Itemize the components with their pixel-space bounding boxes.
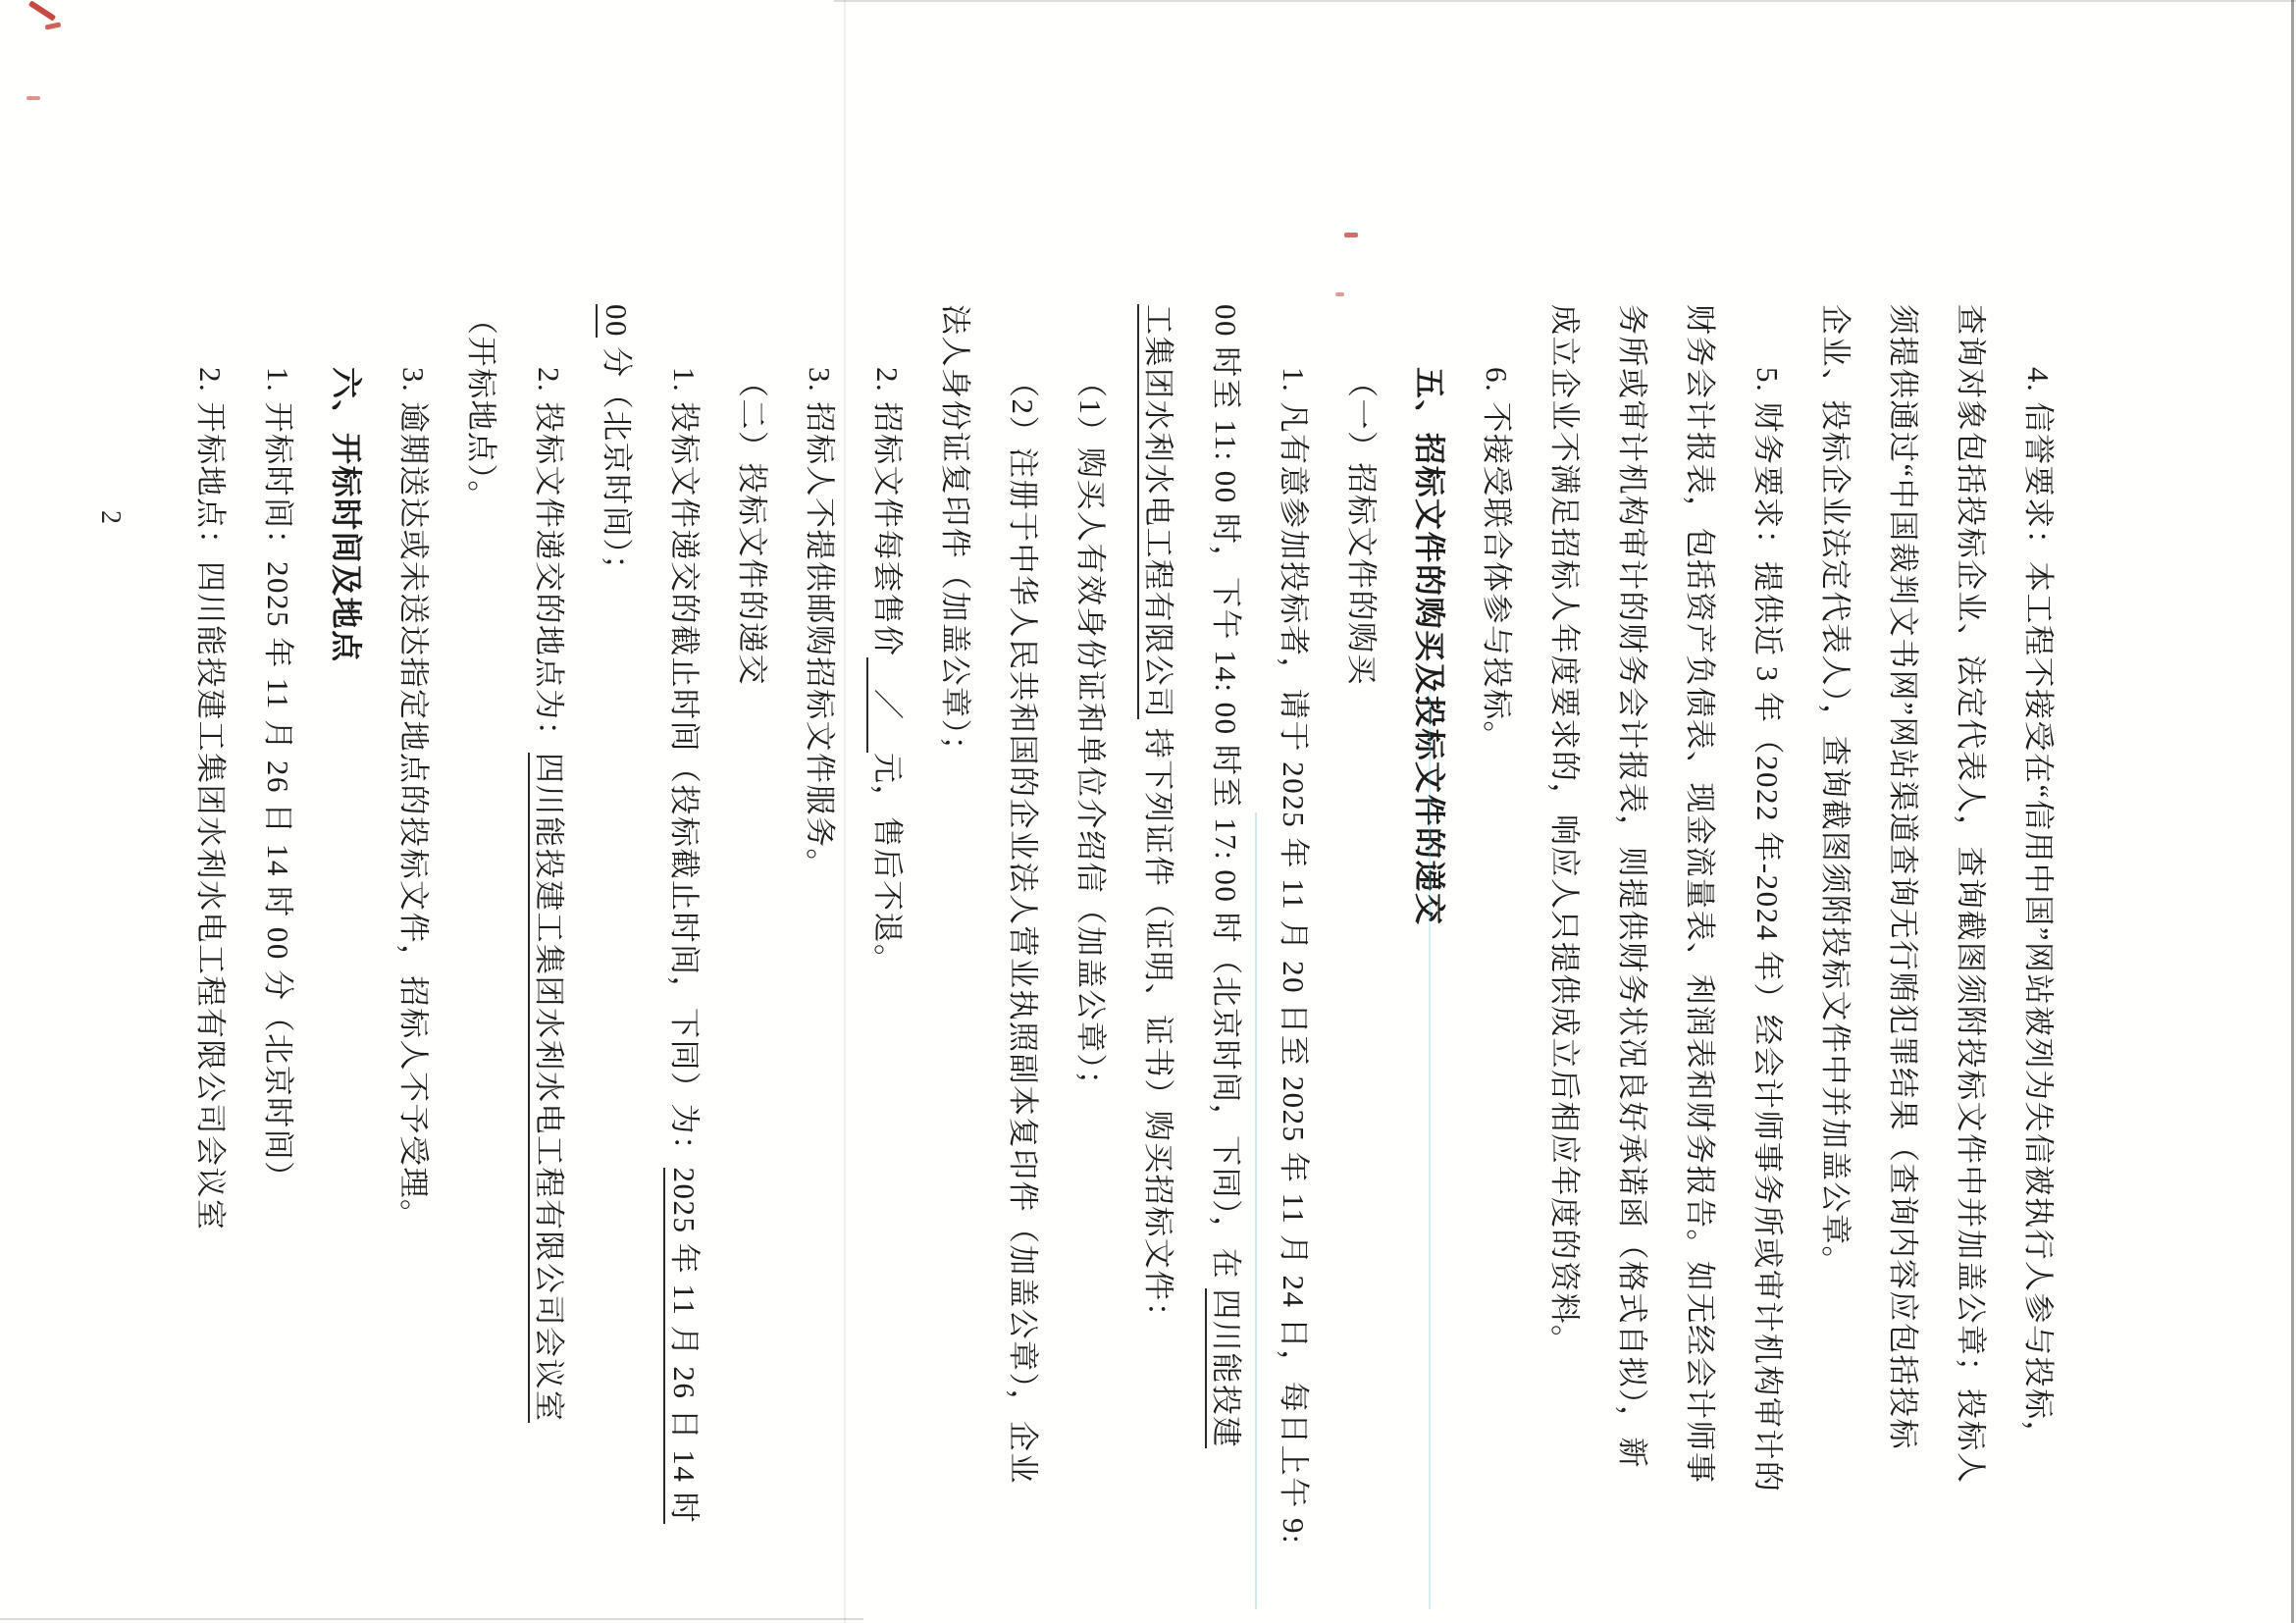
text-segment: 查询对象包括投标企业、法定代表人，查询截图须附投标文件中并加盖公章；投标人 (1954, 304, 1988, 1485)
text-segment: 3. 逾期送达或未送达指定地点的投标文件，招标人不予受理。 (396, 367, 431, 1231)
text-line: 2. 投标文件递交的地点为：四川能投建工集团水利水电工程有限公司会议室 (515, 304, 583, 1541)
text-segment: 成立企业不满足招标人年度要求的，响应人只提供成立后相应年度的资料。 (1547, 304, 1582, 1357)
text-line: 财务会计报表，包括资产负债表、现金流量表、利润表和财务报告。如无经会计师事 (1666, 304, 1734, 1541)
text-line: 须提供通过“中国裁判文书网”网站渠道查询无行贿犯罪结果（查询内容应包括投标 (1869, 304, 1937, 1541)
text-line: 1. 凡有意参加投标者，请于 2025 年 11 月 20 日至 2025 年 … (1260, 304, 1328, 1541)
text-line: 法人身份证复印件（加盖公章）； (921, 304, 989, 1541)
text-segment: 2. 开标地点：四川能投建工集团水利水电工程有限公司会议室 (193, 367, 228, 1231)
underlined-text: 四川能投建 (1205, 1288, 1243, 1448)
text-segment: 3. 招标人不提供邮购招标文件服务。 (803, 367, 837, 880)
underlined-text: 00 (596, 304, 634, 338)
document-text-block: 4. 信誉要求：本工程不接受在“信用中国”网站被列为失信被执行人参与投标，查询对… (177, 304, 2072, 1541)
text-segment: 元，售后不退。 (870, 753, 905, 976)
text-segment: 法人身份证复印件（加盖公章）； (938, 304, 972, 767)
scanned-document-viewport: 4. 信誉要求：本工程不接受在“信用中国”网站被列为失信被执行人参与投标，查询对… (0, 0, 2296, 1623)
text-segment: 五、招标文件的购买及投标文件的递交 (1412, 367, 1447, 926)
document-sheet: 4. 信誉要求：本工程不接受在“信用中国”网站被列为失信被执行人参与投标，查询对… (0, 0, 2296, 1623)
text-line: 00 分（北京时间）； (583, 304, 651, 1541)
text-line: （开标地点）。 (447, 304, 515, 1541)
text-segment: 2. 投标文件递交的地点为： (532, 367, 566, 753)
text-line: 2. 招标文件每套售价 ／ 元，售后不退。 (854, 304, 921, 1541)
text-line: 查询对象包括投标企业、法定代表人，查询截图须附投标文件中并加盖公章；投标人 (1937, 304, 2005, 1541)
text-line: （1）购买人有效身份证和单位介绍信（加盖公章）； (1057, 304, 1124, 1541)
text-line: 4. 信誉要求：本工程不接受在“信用中国”网站被列为失信被执行人参与投标， (2005, 304, 2072, 1541)
text-segment: 4. 信誉要求：本工程不接受在“信用中国”网站被列为失信被执行人参与投标， (2021, 367, 2056, 1452)
text-segment: （开标地点）。 (464, 304, 498, 512)
text-segment: （二）投标文件的递交 (735, 367, 769, 686)
text-segment: 须提供通过“中国裁判文书网”网站渠道查询无行贿犯罪结果（查询内容应包括投标 (1886, 304, 1920, 1450)
text-line: 成立企业不满足招标人年度要求的，响应人只提供成立后相应年度的资料。 (1531, 304, 1598, 1541)
text-line: （二）投标文件的递交 (718, 304, 786, 1541)
text-line: 工集团水利水电工程有限公司 持下列证件（证明、证书）购买招标文件： (1124, 304, 1192, 1541)
page-number: 2 (94, 510, 126, 524)
underlined-text: 工集团水利水电工程有限公司 (1137, 304, 1175, 719)
text-line: （2）注册于中华人民共和国的企业法人营业执照副本复印件（加盖公章），企业 (989, 304, 1057, 1541)
text-segment: 1. 开标时间：2025 年 11 月 26 日 14 时 00 分（北京时间） (261, 367, 295, 1193)
text-line: 2. 开标地点：四川能投建工集团水利水电工程有限公司会议室 (177, 304, 244, 1541)
underlined-text: 2025 年 11 月 26 日 14 时 (663, 1168, 702, 1525)
text-segment: （一）招标文件的购买 (1344, 367, 1379, 686)
text-segment: （1）购买人有效身份证和单位介绍信（加盖公章）； (1073, 367, 1108, 1102)
text-line: （一）招标文件的购买 (1328, 304, 1395, 1541)
text-segment: 企业、投标企业法定代表人），查询截图须附投标文件中并加盖公章。 (1818, 304, 1852, 1278)
text-segment: 务所或审计机构审计的财务会计报表，则提供财务状况良好承诺函（格式自拟），新 (1615, 304, 1649, 1469)
text-line: 3. 招标人不提供邮购招标文件服务。 (786, 304, 854, 1541)
text-segment: 持下列证件（证明、证书）购买招标文件： (1141, 719, 1175, 1335)
text-segment: 00 时至 11: 00 时，下午 14: 00 时至 17: 00 时（北京时… (1209, 304, 1243, 1288)
underlined-text: ／ (866, 657, 905, 754)
text-line: 企业、投标企业法定代表人），查询截图须附投标文件中并加盖公章。 (1801, 304, 1869, 1541)
text-segment: 1. 投标文件递交的截止时间（投标截止时间，下同）为： (667, 367, 702, 1168)
text-line: 5. 财务要求：提供近 3 年（2022 年-2024 年）经会计师事务所或审计… (1734, 304, 1801, 1541)
text-segment: 分（北京时间）； (600, 338, 634, 587)
text-line: 务所或审计机构审计的财务会计报表，则提供财务状况良好承诺函（格式自拟），新 (1598, 304, 1666, 1541)
heading-line: 五、招标文件的购买及投标文件的递交 (1395, 304, 1463, 1541)
text-line: 00 时至 11: 00 时，下午 14: 00 时至 17: 00 时（北京时… (1192, 304, 1260, 1541)
text-line: 6. 不接受联合体参与投标。 (1463, 304, 1531, 1541)
text-line: 1. 投标文件递交的截止时间（投标截止时间，下同）为：2025 年 11 月 2… (651, 304, 718, 1541)
text-segment: 2. 招标文件每套售价 (870, 367, 905, 657)
text-line: 3. 逾期送达或未送达指定地点的投标文件，招标人不予受理。 (380, 304, 447, 1541)
text-segment: 6. 不接受联合体参与投标。 (1480, 367, 1514, 753)
heading-line: 六、开标时间及地点 (312, 304, 380, 1541)
text-line: 1. 开标时间：2025 年 11 月 26 日 14 时 00 分（北京时间） (244, 304, 312, 1541)
underlined-text: 四川能投建工集团水利水电工程有限公司会议室 (528, 753, 566, 1423)
text-segment: 六、开标时间及地点 (329, 367, 364, 663)
text-segment: （2）注册于中华人民共和国的企业法人营业执照副本复印件（加盖公章），企业 (1006, 367, 1040, 1485)
text-segment: 5. 财务要求：提供近 3 年（2022 年-2024 年）经会计师事务所或审计… (1750, 367, 1785, 1492)
text-segment: 财务会计报表，包括资产负债表、现金流量表、利润表和财务报告。如无经会计师事 (1683, 304, 1717, 1485)
text-segment: 1. 凡有意参加投标者，请于 2025 年 11 月 20 日至 2025 年 … (1277, 367, 1311, 1544)
